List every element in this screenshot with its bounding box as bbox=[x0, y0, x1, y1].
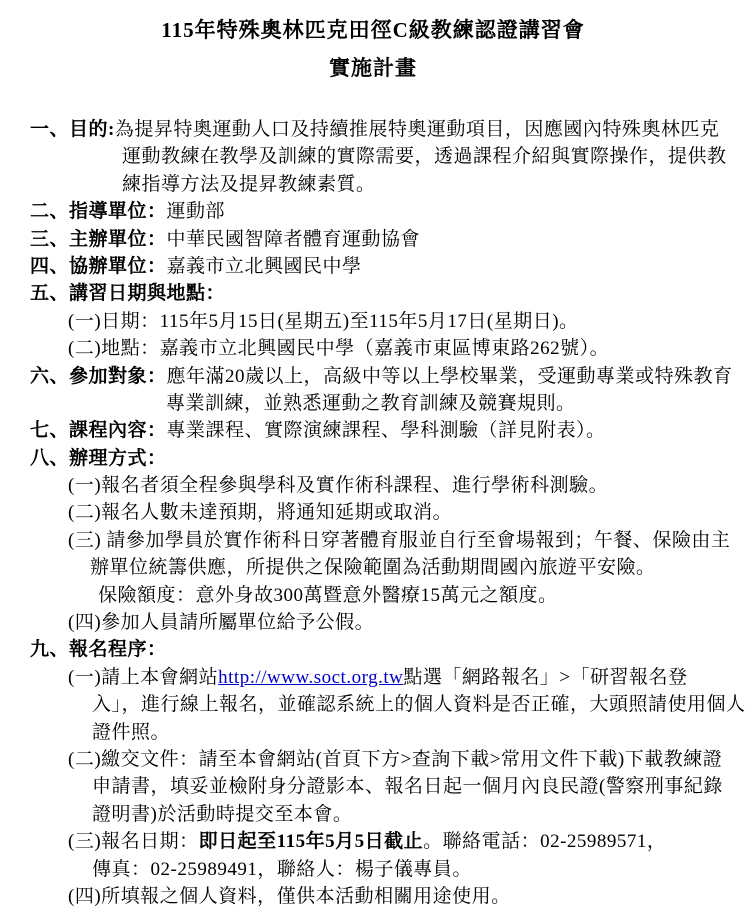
section-8-item-2: (二)報名人數未達預期，將通知延期或取消。 bbox=[0, 499, 746, 526]
section-9-number: 九、 bbox=[30, 639, 69, 660]
section-9-registration: 九、報名程序： bbox=[0, 636, 746, 663]
section-9-item-4: (四)所填報之個人資料，僅供本活動相關用途使用。 bbox=[0, 883, 746, 910]
section-9-item-3-post: 。聯絡電話：02-25989571， bbox=[423, 831, 666, 852]
section-9-item-2-line1: (二)繳交文件：請至本會網站(首頁下方>查詢下載>常用文件下載)下載教練證 bbox=[0, 746, 746, 773]
section-1-text-line3: 練指導方法及提昇教練素質。 bbox=[0, 171, 746, 198]
section-1-text-line2: 運動教練在教學及訓練的實際需要，透過課程介紹與實際操作，提供教 bbox=[0, 143, 746, 170]
section-6-number: 六、 bbox=[30, 366, 69, 387]
section-3-organizer: 三、主辦單位：中華民國智障者體育運動協會 bbox=[0, 226, 746, 253]
document-subtitle: 實施計畫 bbox=[0, 52, 746, 84]
section-7-text: 專業課程、實際演練課程、學科測驗（詳見附表）。 bbox=[167, 420, 606, 441]
section-4-number: 四、 bbox=[30, 256, 69, 277]
section-6-participants: 六、參加對象：應年滿20歲以上，高級中等以上學校畢業，受運動專業或特殊教育 bbox=[0, 363, 746, 390]
section-9-label: 報名程序： bbox=[69, 639, 167, 660]
section-6-label: 參加對象： bbox=[69, 366, 167, 387]
section-9-item-3-line1: (三)報名日期：即日起至115年5月5日截止。聯絡電話：02-25989571， bbox=[0, 828, 746, 855]
document-body: 一、目的:為提昇特奧運動人口及持續推展特奧運動項目，因應國內特殊奧林匹克 運動教… bbox=[0, 116, 746, 910]
section-5-number: 五、 bbox=[30, 283, 69, 304]
section-7-label: 課程內容： bbox=[69, 420, 167, 441]
section-8-item-3-line1: (三) 請參加學員於實作術科日穿著體育服並自行至會場報到；午餐、保險由主 bbox=[0, 527, 746, 554]
section-4-co-organizer: 四、協辦單位：嘉義市立北興國民中學 bbox=[0, 253, 746, 280]
section-9-item-2-line3: 證明書)於活動時提交至本會。 bbox=[0, 801, 746, 828]
section-7-course-content: 七、課程內容：專業課程、實際演練課程、學科測驗（詳見附表）。 bbox=[0, 417, 746, 444]
section-8-item-3-insurance: 保險額度：意外身故300萬暨意外醫療15萬元之額度。 bbox=[0, 582, 746, 609]
section-5-date-venue: 五、講習日期與地點： bbox=[0, 280, 746, 307]
section-9-item-1-line1: (一)請上本會網站http://www.soct.org.tw點選「網路報名」>… bbox=[0, 664, 746, 691]
section-2-guiding-unit: 二、指導單位：運動部 bbox=[0, 198, 746, 225]
registration-deadline: 即日起至115年5月5日截止 bbox=[199, 831, 423, 852]
document-title: 115年特殊奧林匹克田徑C級教練認證講習會 bbox=[0, 14, 746, 46]
section-1-label: 目的: bbox=[69, 119, 115, 140]
section-2-number: 二、 bbox=[30, 201, 69, 222]
document-header: 115年特殊奧林匹克田徑C級教練認證講習會 實施計畫 bbox=[0, 14, 746, 84]
section-1-number: 一、 bbox=[30, 119, 69, 140]
section-2-label: 指導單位： bbox=[69, 201, 167, 222]
section-9-item-3-line2: 傳真：02-25989491，聯絡人：楊子儀專員。 bbox=[0, 856, 746, 883]
document-page: 115年特殊奧林匹克田徑C級教練認證講習會 實施計畫 一、目的:為提昇特奧運動人… bbox=[0, 0, 746, 910]
section-5-item-venue: (二)地點：嘉義市立北興國民中學（嘉義市東區博東路262號）。 bbox=[0, 335, 746, 362]
section-3-label: 主辦單位： bbox=[69, 229, 167, 250]
section-9-item-1-pre: (一)請上本會網站 bbox=[68, 667, 218, 688]
section-3-number: 三、 bbox=[30, 229, 69, 250]
section-8-procedures: 八、辦理方式： bbox=[0, 445, 746, 472]
section-6-text-line2: 專業訓練，並熟悉運動之教育訓練及競賽規則。 bbox=[0, 390, 746, 417]
section-9-item-1-post: 點選「網路報名」>「研習報名登 bbox=[403, 667, 687, 688]
section-9-item-2-line2: 申請書，填妥並檢附身分證影本、報名日起一個月內良民證(警察刑事紀錄 bbox=[0, 773, 746, 800]
section-9-item-1-line2: 入」，進行線上報名，並確認系統上的個人資料是否正確，大頭照請使用個人 bbox=[0, 691, 746, 718]
registration-website-link[interactable]: http://www.soct.org.tw bbox=[218, 667, 403, 688]
section-8-item-4: (四)參加人員請所屬單位給予公假。 bbox=[0, 609, 746, 636]
section-4-label: 協辦單位： bbox=[69, 256, 167, 277]
section-1-text-line1: 為提昇特奧運動人口及持續推展特奧運動項目，因應國內特殊奧林匹克 bbox=[115, 119, 720, 140]
section-9-item-3-pre: (三)報名日期： bbox=[68, 831, 199, 852]
section-1-purpose: 一、目的:為提昇特奧運動人口及持續推展特奧運動項目，因應國內特殊奧林匹克 bbox=[0, 116, 746, 143]
section-8-label: 辦理方式： bbox=[69, 448, 167, 469]
section-7-number: 七、 bbox=[30, 420, 69, 441]
section-3-text: 中華民國智障者體育運動協會 bbox=[167, 229, 421, 250]
section-5-label: 講習日期與地點： bbox=[69, 283, 225, 304]
section-8-item-1: (一)報名者須全程參與學科及實作術科課程、進行學術科測驗。 bbox=[0, 472, 746, 499]
section-5-item-date: (一)日期：115年5月15日(星期五)至115年5月17日(星期日)。 bbox=[0, 308, 746, 335]
section-4-text: 嘉義市立北興國民中學 bbox=[167, 256, 362, 277]
section-8-number: 八、 bbox=[30, 448, 69, 469]
section-2-text: 運動部 bbox=[167, 201, 226, 222]
section-6-text-line1: 應年滿20歲以上，高級中等以上學校畢業，受運動專業或特殊教育 bbox=[167, 366, 733, 387]
section-8-item-3-line2: 辦單位統籌供應，所提供之保險範圍為活動期間國內旅遊平安險。 bbox=[0, 554, 746, 581]
section-9-item-1-line3: 證件照。 bbox=[0, 719, 746, 746]
